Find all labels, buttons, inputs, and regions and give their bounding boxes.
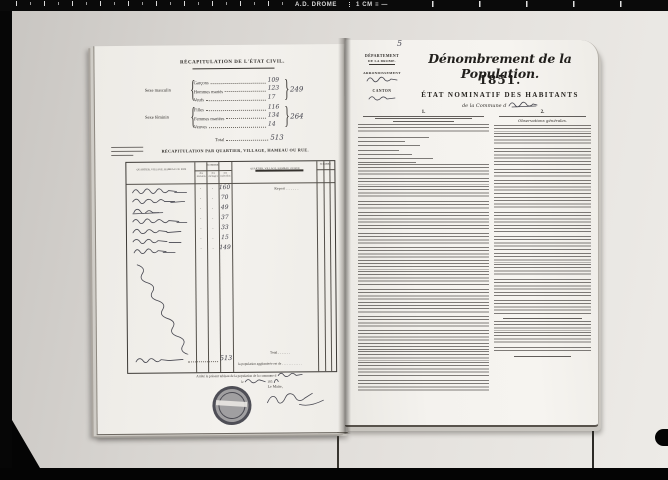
ditto-mark	[195, 248, 207, 252]
sub-header-individus: des individus	[219, 172, 231, 178]
total-label: Total	[215, 137, 224, 142]
quartier-total-value: 513	[218, 354, 234, 362]
handwritten-arrondissement	[365, 76, 399, 83]
text-line	[358, 152, 412, 155]
dot-leader	[209, 126, 266, 127]
open-brace: {	[190, 104, 192, 129]
text-paragraph	[494, 125, 591, 131]
ruler-divider	[349, 2, 350, 7]
archive-label: A.D. DROME	[295, 2, 337, 8]
ditto-mark	[207, 228, 219, 232]
nombre-header: NOMBRE	[194, 163, 231, 166]
female-subtotal: 264	[288, 112, 306, 120]
ruler-ticks-right	[432, 1, 666, 7]
date-line: le 185	[215, 377, 305, 384]
recap-quartier-title: RÉCAPITULATION PAR QUARTIER, VILLAGE, HA…	[135, 147, 335, 154]
handwritten-entry	[131, 206, 189, 215]
text-paragraph	[494, 212, 591, 234]
text-paragraph	[358, 316, 489, 329]
handwritten-date	[244, 378, 266, 384]
column-line	[323, 161, 326, 371]
etat-civil-table: Sexe masculin { Garçons Hommes mariés Ve…	[145, 75, 318, 142]
report-label: Report . . . . . .	[243, 186, 299, 190]
ditto-mark	[195, 208, 207, 212]
text-paragraph	[494, 148, 591, 167]
handwritten-entry	[131, 246, 189, 255]
sub-header-maisons: des maisons	[195, 172, 207, 178]
ditto-mark	[207, 208, 219, 212]
column-number: 1.	[358, 110, 489, 115]
text-paragraph	[358, 186, 489, 199]
header-subrule	[316, 169, 334, 170]
dot-leader	[188, 361, 218, 362]
text-paragraph	[358, 164, 489, 177]
population-agglomeree-label: la population agglomérée est de . . . . …	[238, 361, 333, 366]
arrondissement-label: ARRONDISSEMENT	[353, 71, 411, 75]
handwritten-count: 33	[219, 224, 231, 231]
handwritten-count: 49	[219, 204, 231, 211]
male-group-label: Sexe masculin	[145, 87, 189, 92]
text-paragraph	[494, 253, 591, 263]
text-paragraph	[358, 233, 489, 246]
instructions-column-1: 1.	[358, 110, 489, 394]
handwritten-value: 17	[268, 93, 283, 102]
handwritten-entry	[131, 236, 189, 245]
handwritten-page-number: 5	[397, 39, 402, 48]
ditto-mark	[195, 238, 207, 242]
column-line	[231, 162, 234, 372]
handwritten-year-digit	[273, 378, 279, 384]
text-line	[358, 135, 429, 138]
text-paragraph	[494, 279, 591, 298]
handwritten-count: 160	[219, 184, 231, 191]
printer-imprint-line	[514, 356, 570, 357]
column-line	[329, 161, 332, 371]
male-group: Sexe masculin { Garçons Hommes mariés Ve…	[145, 75, 317, 103]
male-subtotal: 249	[288, 85, 306, 93]
text-line	[358, 160, 416, 163]
close-brace: }	[284, 77, 286, 102]
measurement-ruler: A.D. DROME 1 CM ≡ —	[0, 0, 668, 11]
handwritten-entry	[131, 186, 189, 195]
column-line	[194, 162, 197, 372]
row-label: Hommes mariés	[194, 89, 223, 94]
text-paragraph	[358, 351, 489, 361]
ditto-mark	[195, 228, 207, 232]
column-number: 2.	[494, 110, 591, 115]
text-paragraph	[494, 197, 591, 210]
ditto-mark	[195, 198, 207, 202]
text-paragraph	[358, 271, 489, 287]
ditto-mark	[207, 218, 219, 222]
text-paragraph	[494, 133, 591, 146]
text-paragraph	[494, 180, 591, 196]
handwritten-entry	[131, 226, 189, 235]
departement-name: DE LA DROME.	[353, 59, 411, 63]
rule	[369, 64, 395, 65]
ditto-mark	[207, 238, 219, 242]
text-paragraph	[358, 247, 489, 269]
dot-leader	[226, 139, 268, 140]
row-label: Garçons	[194, 80, 209, 85]
row-label: Femmes mariées	[194, 116, 224, 121]
recap-civil-title: RÉCAPITULATION DE L'ÉTAT CIVIL.	[152, 59, 312, 65]
text-paragraph	[494, 321, 591, 331]
handwritten-value: 116	[268, 103, 283, 112]
text-paragraph	[358, 289, 489, 315]
right-page: 5 DÉPARTEMENT DE LA DROME. ARRONDISSEMEN…	[345, 40, 599, 427]
text-paragraph	[494, 347, 591, 353]
dot-leader	[226, 118, 266, 119]
quartier-table: QUARTIER, VILLAGE, HAMEAU OU RUE NOMBRE …	[125, 160, 337, 374]
table-row: Veuves	[194, 120, 268, 129]
left-page: RÉCAPITULATION DE L'ÉTAT CIVIL. Sexe mas…	[93, 44, 347, 435]
female-group-label: Sexe féminin	[145, 114, 189, 119]
text-paragraph	[358, 380, 489, 393]
mayor-signature	[265, 391, 327, 408]
text-paragraph	[358, 330, 489, 349]
handwritten-count: 149	[219, 244, 231, 251]
handwritten-commune-name	[508, 101, 538, 108]
handwritten-value: 109	[268, 76, 283, 85]
handwritten-count: 37	[219, 214, 231, 221]
total-row: Total 513	[145, 132, 317, 143]
instructions-column-2: 2. Observations générales.	[494, 110, 591, 357]
total-dots-label: Total . . . . . . .	[270, 350, 316, 354]
female-group: Sexe féminin { Filles Femmes mariées Veu…	[145, 102, 317, 130]
scale-label: 1 CM ≡ —	[356, 2, 388, 8]
handwritten-count: 15	[219, 234, 231, 241]
dot-leader	[206, 99, 266, 101]
text-paragraph	[494, 300, 591, 316]
etat-nominatif-subtitle: ÉTAT NOMINATIF DES HABITANTS	[385, 91, 615, 99]
archive-scan-viewport: A.D. DROME 1 CM ≡ — RÉCAPITULATION DE L'…	[0, 0, 668, 480]
ruler-minor-ticks	[30, 2, 292, 5]
text-paragraph	[494, 264, 591, 277]
column-line	[206, 162, 209, 372]
dot-leader	[206, 109, 266, 111]
handwritten-void-flourish	[133, 262, 192, 355]
text-line	[358, 143, 420, 146]
handwritten-count: 70	[219, 194, 231, 201]
observations-generales-label: Observations générales.	[494, 118, 591, 123]
ditto-mark	[207, 198, 219, 202]
text-line	[358, 139, 405, 142]
ditto-mark	[195, 188, 207, 192]
column-line	[316, 161, 319, 371]
column-heading-text	[363, 116, 484, 117]
row-label: Veuves	[194, 124, 207, 129]
scan-clip-mark	[655, 429, 668, 446]
column-heading-text	[499, 116, 586, 117]
text-paragraph	[494, 236, 591, 252]
open-brace: {	[190, 77, 192, 102]
text-paragraph	[358, 124, 489, 134]
column-heading-text	[393, 121, 453, 122]
handwritten-entry	[131, 216, 189, 225]
dot-leader	[225, 91, 266, 92]
table-row: Veufs	[194, 93, 268, 102]
text-paragraph	[358, 201, 489, 211]
text-paragraph	[358, 212, 489, 231]
handwritten-entry	[131, 196, 189, 205]
text-line	[358, 156, 433, 159]
census-year: 1851.	[405, 73, 595, 87]
official-stamp	[209, 382, 256, 429]
ditto-mark	[195, 218, 207, 222]
close-brace: }	[284, 104, 286, 129]
scan-bottom-frame	[0, 468, 668, 480]
total-value: 513	[270, 134, 283, 142]
departement-label: DÉPARTEMENT	[353, 54, 411, 58]
ditto-mark	[207, 188, 219, 192]
maire-label: Le Maire,	[245, 384, 305, 389]
text-line	[358, 147, 399, 150]
handwritten-value: 14	[268, 120, 283, 129]
column-heading-text	[375, 118, 472, 119]
handwritten-total-label	[134, 356, 186, 364]
text-paragraph	[494, 332, 591, 345]
handwritten-value: 123	[268, 85, 283, 94]
text-paragraph	[358, 362, 489, 378]
title-rule	[193, 68, 275, 70]
bold-center-line	[503, 318, 583, 319]
name-column-header-2: QUARTIER, VILLAGE, HAMEAU OU RUE	[233, 167, 316, 171]
ditto-mark	[207, 248, 219, 252]
commune-line: de la Commune d	[405, 101, 595, 109]
sub-header-menages: des ménages	[207, 172, 219, 178]
dot-leader	[211, 82, 266, 83]
text-paragraph	[494, 169, 591, 179]
handwritten-value: 134	[268, 112, 283, 121]
name-column-header: QUARTIER, VILLAGE, HAMEAU OU RUE	[128, 168, 194, 172]
nombre-header-2: NOMBRE	[316, 163, 334, 166]
text-paragraph	[358, 178, 489, 184]
